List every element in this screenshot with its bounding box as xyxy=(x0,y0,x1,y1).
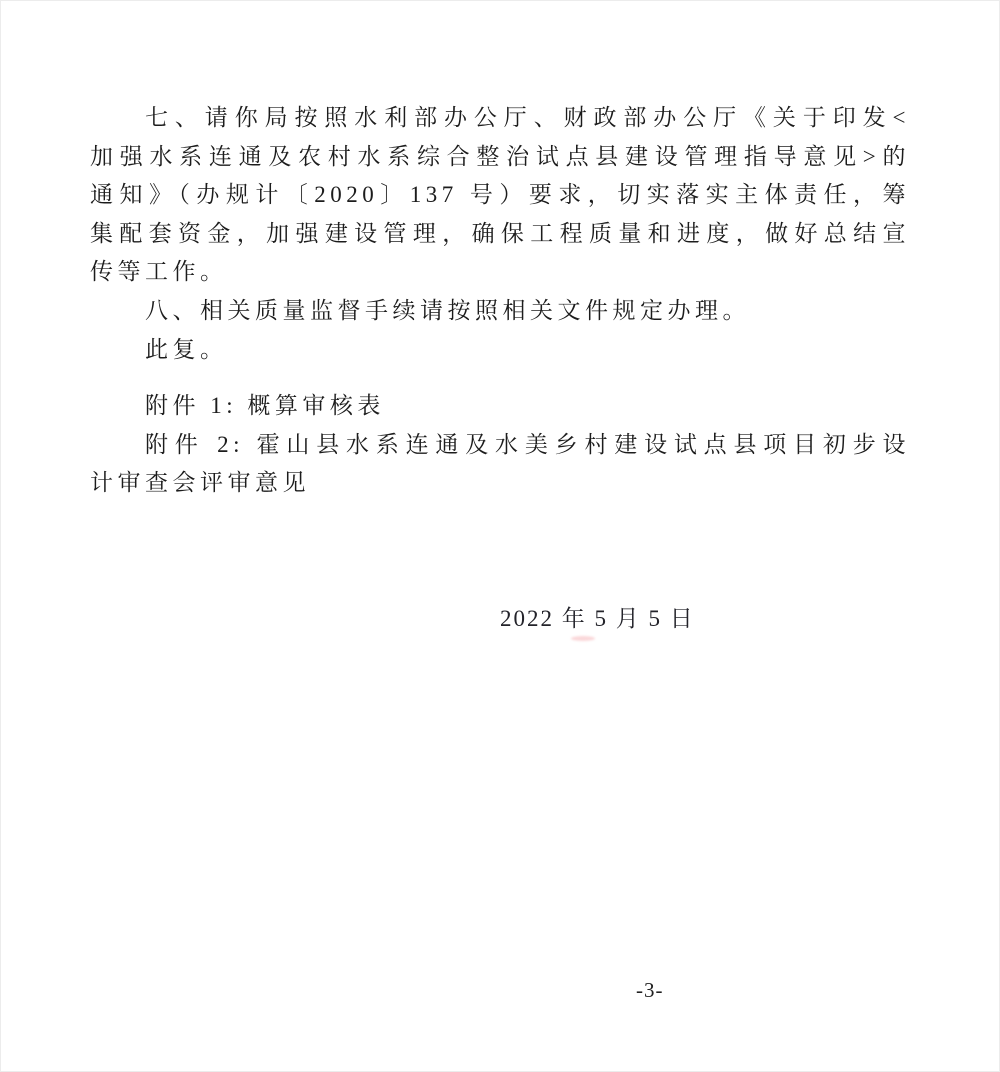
document-line: 此复。 xyxy=(90,331,910,370)
document-page: 七、请你局按照水利部办公厅、财政部办公厅《关于印发< 加强水系连通及农村水系综合… xyxy=(0,0,1000,1072)
document-line: 八、相关质量监督手续请按照相关文件规定办理。 xyxy=(90,292,910,331)
document-line: 通知》（办规计〔2020〕137 号）要求，切实落实主体责任，筹 xyxy=(90,176,910,215)
date-line: 2022 年 5 月 5 日 xyxy=(500,600,695,633)
document-line: 加强水系连通及农村水系综合整治试点县建设管理指导意见>的 xyxy=(90,138,910,177)
document-line: 传等工作。 xyxy=(90,253,910,292)
faded-seal-mark xyxy=(571,636,595,641)
document-line: 七、请你局按照水利部办公厅、财政部办公厅《关于印发< xyxy=(90,99,910,138)
attachment-line-1: 附件 1: 概算审核表 xyxy=(90,387,910,426)
attachment-line-2-wrap: 计审查会评审意见 xyxy=(90,464,910,503)
document-line: 集配套资金，加强建设管理，确保工程质量和进度，做好总结宣 xyxy=(90,215,910,254)
page-number: -3- xyxy=(636,978,664,1003)
attachment-line-2: 附件 2: 霍山县水系连通及水美乡村建设试点县项目初步设 xyxy=(90,426,910,465)
document-body: 七、请你局按照水利部办公厅、财政部办公厅《关于印发< 加强水系连通及农村水系综合… xyxy=(90,99,910,503)
